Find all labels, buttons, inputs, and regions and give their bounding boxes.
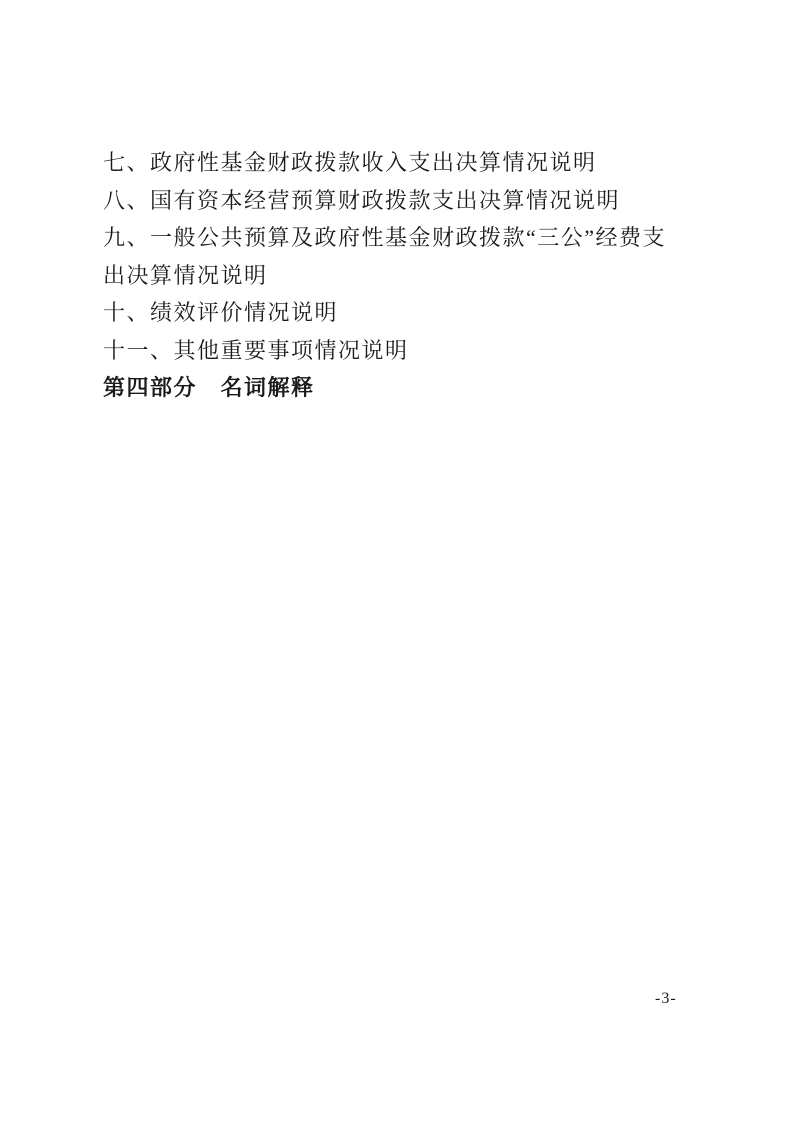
document-page: 七、政府性基金财政拨款收入支出决算情况说明 八、国有资本经营预算财政拨款支出决算…: [0, 0, 793, 1122]
toc-item-9-line1: 九、一般公共预算及政府性基金财政拨款“三公”经费支: [103, 219, 703, 257]
toc-item-10: 十、绩效评价情况说明: [103, 294, 703, 332]
section-heading-part4: 第四部分 名词解释: [103, 369, 703, 407]
page-number: -3-: [655, 990, 677, 1008]
toc-item-11: 十一、其他重要事项情况说明: [103, 332, 703, 370]
toc-item-7: 七、政府性基金财政拨款收入支出决算情况说明: [103, 144, 703, 182]
toc-item-9-line2: 出决算情况说明: [103, 257, 703, 295]
table-of-contents: 七、政府性基金财政拨款收入支出决算情况说明 八、国有资本经营预算财政拨款支出决算…: [103, 144, 703, 407]
toc-item-8: 八、国有资本经营预算财政拨款支出决算情况说明: [103, 182, 703, 220]
